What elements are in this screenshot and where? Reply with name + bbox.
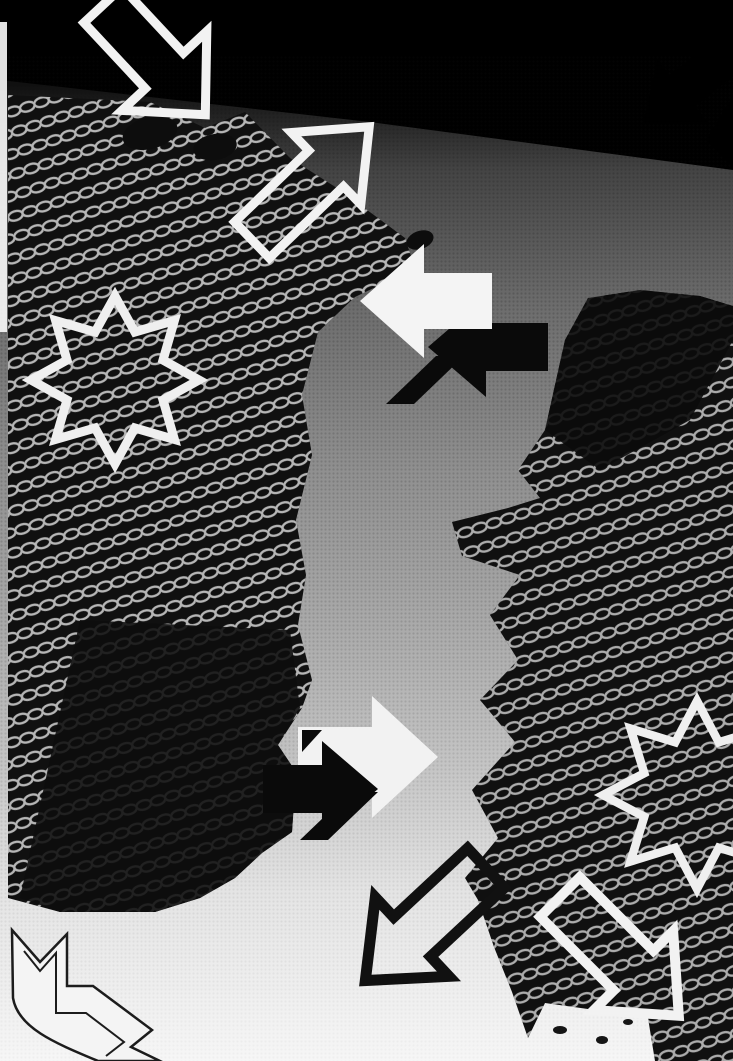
- left-page-margin-strip: [0, 22, 7, 332]
- speckle-1: [553, 1026, 567, 1034]
- shapes-root: [0, 0, 733, 1061]
- speckle-2: [596, 1036, 608, 1044]
- halftone-collage-svg: [0, 0, 733, 1061]
- artwork-canvas: [0, 0, 733, 1061]
- speckle-3: [623, 1019, 633, 1025]
